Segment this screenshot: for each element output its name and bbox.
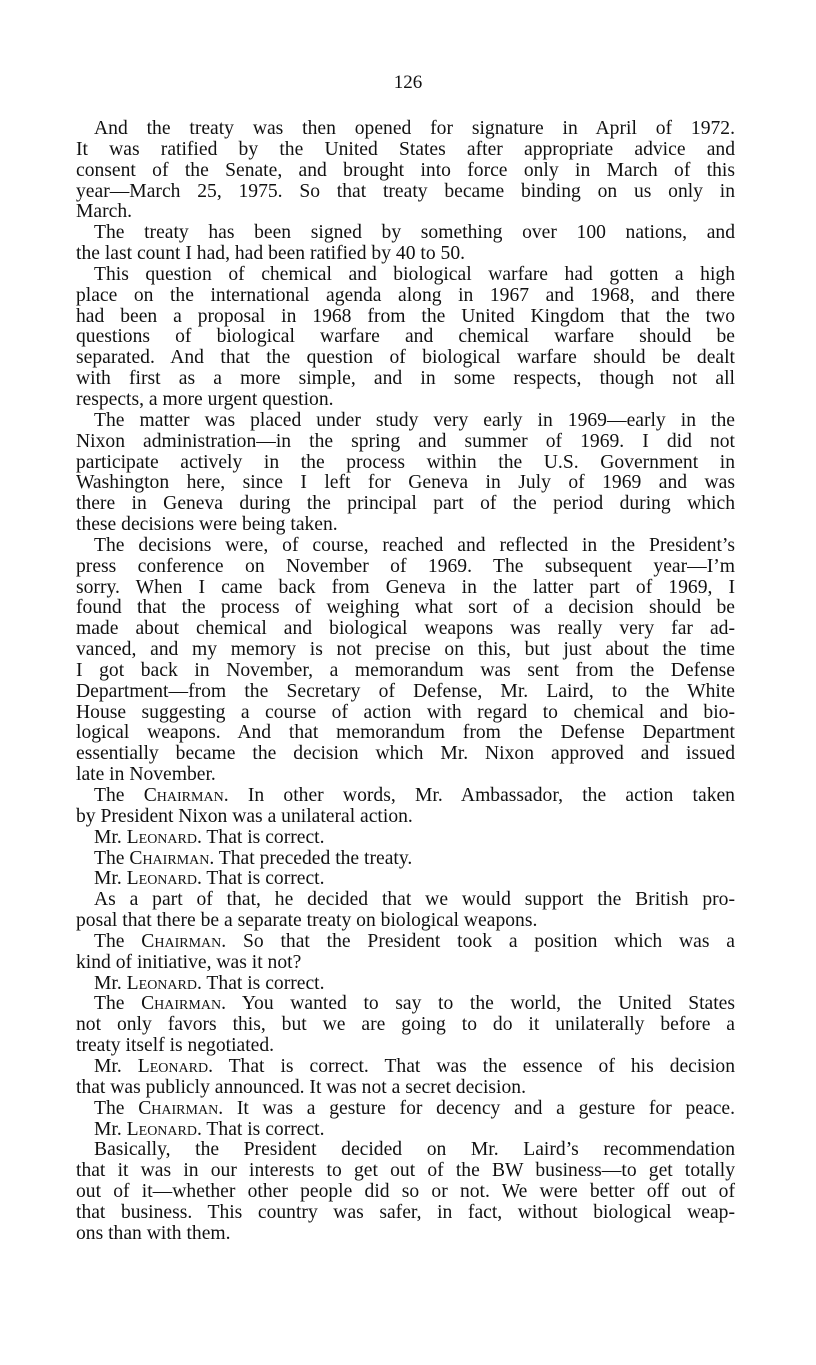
text-line: had been a proposal in 1968 from the Uni… xyxy=(76,307,735,328)
text-line: The treaty has been signed by something … xyxy=(76,223,735,244)
body-text: And the treaty was then opened for signa… xyxy=(76,119,735,1245)
speaker-prefix: The xyxy=(94,785,144,806)
text-line: by President Nixon was a unilateral acti… xyxy=(76,807,735,828)
text-line: The Chairman. It was a gesture for decen… xyxy=(76,1099,735,1120)
text-line: The Chairman. So that the President took… xyxy=(76,932,735,953)
paragraph-treaty-ratification: The treaty has been signed by something … xyxy=(76,223,735,265)
paragraph-british-proposal: As a part of that, he decided that we wo… xyxy=(76,890,735,932)
dialogue-chairman: The Chairman. That preceded the treaty. xyxy=(76,849,735,870)
text-line: late in November. xyxy=(76,765,735,786)
paragraph-bw-business: Basically, the President decided on Mr. … xyxy=(76,1140,735,1244)
dialogue-chairman: The Chairman. You wanted to say to the w… xyxy=(76,994,735,1057)
speaker-name: Chairman xyxy=(141,931,221,952)
text-line: press conference on November of 1969. Th… xyxy=(76,557,735,578)
dialogue-chairman: The Chairman. So that the President took… xyxy=(76,932,735,974)
text-line: The matter was placed under study very e… xyxy=(76,411,735,432)
speech-text: . In other words, Mr. Ambassador, the ac… xyxy=(224,785,735,806)
text-line: Mr. Leonard. That is correct. xyxy=(76,828,735,849)
text-line: It was ratified by the United States aft… xyxy=(76,140,735,161)
speech-text: . That preceded the treaty. xyxy=(209,848,412,869)
speech-text: . That is correct. xyxy=(197,868,325,889)
text-line: The Chairman. In other words, Mr. Ambass… xyxy=(76,786,735,807)
dialogue-leonard: Mr. Leonard. That is correct. That was t… xyxy=(76,1057,735,1099)
text-line: March. xyxy=(76,202,735,223)
text-line: there in Geneva during the principal par… xyxy=(76,494,735,515)
dialogue-leonard: Mr. Leonard. That is correct. xyxy=(76,869,735,890)
speaker-prefix: Mr. xyxy=(94,827,127,848)
speaker-prefix: The xyxy=(94,848,129,869)
text-line: logical weapons. And that memorandum fro… xyxy=(76,723,735,744)
speaker-name: Chairman xyxy=(138,1098,218,1119)
speaker-prefix: Mr. xyxy=(94,973,127,994)
text-line: not only favors this, but we are going t… xyxy=(76,1015,735,1036)
dialogue-chairman: The Chairman. In other words, Mr. Ambass… xyxy=(76,786,735,828)
speech-text: . That is correct. xyxy=(197,827,325,848)
speaker-name: Leonard xyxy=(127,1119,197,1140)
text-line: made about chemical and biological weapo… xyxy=(76,619,735,640)
text-line: Department—from the Secretary of Defense… xyxy=(76,682,735,703)
text-line: Mr. Leonard. That is correct. xyxy=(76,869,735,890)
text-line: The Chairman. That preceded the treaty. xyxy=(76,849,735,870)
speaker-prefix: Mr. xyxy=(94,1119,127,1140)
dialogue-leonard: Mr. Leonard. That is correct. xyxy=(76,1120,735,1141)
speaker-name: Leonard xyxy=(127,973,197,994)
text-line: year—March 25, 1975. So that treaty beca… xyxy=(76,182,735,203)
text-line: And the treaty was then opened for signa… xyxy=(76,119,735,140)
speaker-name: Leonard xyxy=(127,827,197,848)
text-line: place on the international agenda along … xyxy=(76,286,735,307)
text-line: participate actively in the process with… xyxy=(76,453,735,474)
text-line: House suggesting a course of action with… xyxy=(76,703,735,724)
text-line: Nixon administration—in the spring and s… xyxy=(76,432,735,453)
text-line: I got back in November, a memorandum was… xyxy=(76,661,735,682)
text-line: Basically, the President decided on Mr. … xyxy=(76,1140,735,1161)
speech-text: . You wanted to say to the world, the Un… xyxy=(221,993,735,1014)
text-line: vanced, and my memory is not precise on … xyxy=(76,640,735,661)
text-line: treaty itself is negotiated. xyxy=(76,1036,735,1057)
text-line: found that the process of weighing what … xyxy=(76,598,735,619)
speaker-name: Chairman xyxy=(141,993,221,1014)
text-line: with first as a more simple, and in some… xyxy=(76,369,735,390)
speaker-name: Leonard xyxy=(127,868,197,889)
text-line: sorry. When I came back from Geneva in t… xyxy=(76,578,735,599)
page-number: 126 xyxy=(0,72,816,94)
paragraph-treaty-signature: And the treaty was then opened for signa… xyxy=(76,119,735,223)
speaker-name: Leonard xyxy=(138,1056,208,1077)
text-line: The decisions were, of course, reached a… xyxy=(76,536,735,557)
text-line: kind of initiative, was it not? xyxy=(76,953,735,974)
dialogue-leonard: Mr. Leonard. That is correct. xyxy=(76,828,735,849)
text-line: Mr. Leonard. That is correct. xyxy=(76,974,735,995)
dialogue-chairman: The Chairman. It was a gesture for decen… xyxy=(76,1099,735,1120)
speech-text: . That is correct. xyxy=(197,1119,325,1140)
speaker-prefix: The xyxy=(94,993,141,1014)
text-line: out of it—whether other people did so or… xyxy=(76,1182,735,1203)
text-line: As a part of that, he decided that we wo… xyxy=(76,890,735,911)
dialogue-leonard: Mr. Leonard. That is correct. xyxy=(76,974,735,995)
text-line: Mr. Leonard. That is correct. xyxy=(76,1120,735,1141)
speech-text: . That is correct. xyxy=(197,973,325,994)
text-line: consent of the Senate, and brought into … xyxy=(76,161,735,182)
text-line: ons than with them. xyxy=(76,1224,735,1245)
text-line: Washington here, since I left for Geneva… xyxy=(76,473,735,494)
text-line: The Chairman. You wanted to say to the w… xyxy=(76,994,735,1015)
speech-text: . So that the President took a position … xyxy=(221,931,735,952)
text-line: essentially became the decision which Mr… xyxy=(76,744,735,765)
text-line: that business. This country was safer, i… xyxy=(76,1203,735,1224)
speaker-prefix: Mr. xyxy=(94,868,127,889)
paragraph-nixon-study: The matter was placed under study very e… xyxy=(76,411,735,536)
paragraph-international-agenda: This question of chemical and biological… xyxy=(76,265,735,411)
text-line: the last count I had, had been ratified … xyxy=(76,244,735,265)
text-line: that it was in our interests to get out … xyxy=(76,1161,735,1182)
text-line: posal that there be a separate treaty on… xyxy=(76,911,735,932)
speech-text: . It was a gesture for decency and a ges… xyxy=(218,1098,735,1119)
text-line: Mr. Leonard. That is correct. That was t… xyxy=(76,1057,735,1078)
speaker-prefix: Mr. xyxy=(94,1056,138,1077)
speaker-prefix: The xyxy=(94,931,141,952)
paragraph-decisions: The decisions were, of course, reached a… xyxy=(76,536,735,786)
text-line: that was publicly announced. It was not … xyxy=(76,1078,735,1099)
text-line: separated. And that the question of biol… xyxy=(76,348,735,369)
text-line: This question of chemical and biological… xyxy=(76,265,735,286)
speaker-name: Chairman xyxy=(144,785,224,806)
speech-text: . That is correct. That was the essence … xyxy=(208,1056,735,1077)
speaker-prefix: The xyxy=(94,1098,138,1119)
text-line: respects, a more urgent question. xyxy=(76,390,735,411)
speaker-name: Chairman xyxy=(129,848,209,869)
text-line: these decisions were being taken. xyxy=(76,515,735,536)
text-line: questions of biological warfare and chem… xyxy=(76,327,735,348)
